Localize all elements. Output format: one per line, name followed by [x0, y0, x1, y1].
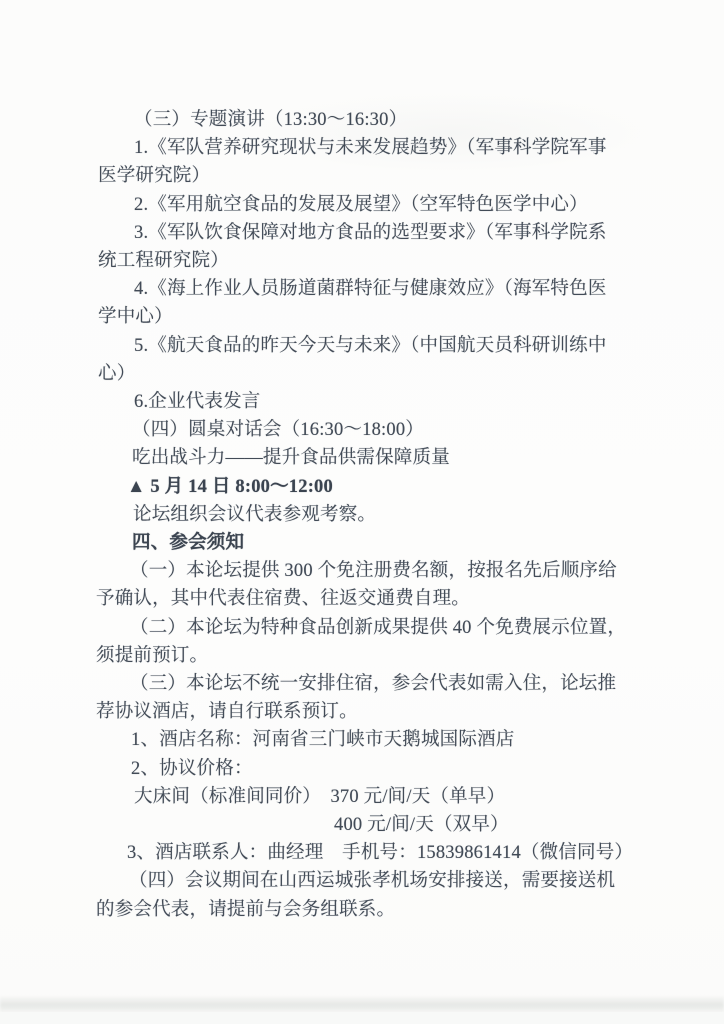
- text-line: 2、协议价格：: [131, 755, 662, 783]
- text-line: 须提前预订。: [96, 642, 662, 670]
- text-line: 予确认，其中代表住宿费、往返交通费自理。: [96, 585, 662, 613]
- text-line: 统工程研究院）: [98, 247, 662, 275]
- text-line: 学中心）: [98, 303, 662, 331]
- text-line: 400 元/间/天（双早）: [334, 811, 662, 839]
- text-line: 荐协议酒店，请自行联系预订。: [96, 698, 662, 726]
- document-body: （三）专题演讲（13:30～16:30）1.《军队营养研究现状与未来发展趋势》（…: [96, 106, 662, 924]
- document-page: （三）专题演讲（13:30～16:30）1.《军队营养研究现状与未来发展趋势》（…: [0, 0, 724, 1024]
- text-line: 3.《军队饮食保障对地方食品的选型要求》（军事科学院系: [134, 219, 662, 247]
- text-line: 6.企业代表发言: [134, 388, 662, 416]
- text-line: ▲ 5 月 14 日 8:00～12:00: [127, 473, 662, 501]
- text-line: （三）专题演讲（13:30～16:30）: [134, 106, 662, 134]
- text-line: （二）本论坛为特种食品创新成果提供 40 个免费展示位置，: [130, 614, 662, 642]
- text-line: （四）圆桌对话会（16:30～18:00）: [132, 416, 662, 444]
- text-line: 的参会代表，请提前与会务组联系。: [96, 896, 662, 924]
- text-line: （四）会议期间在山西运城张孝机场安排接送，需要接送机: [129, 867, 662, 895]
- text-line: 论坛组织会议代表参观考察。: [133, 501, 662, 529]
- page-bottom-strip: [0, 1012, 724, 1024]
- text-line: 医学研究院）: [98, 162, 662, 190]
- text-line: 4.《海上作业人员肠道菌群特征与健康效应》（海军特色医: [134, 275, 662, 303]
- text-line: 2.《军用航空食品的发展及展望》（空军特色医学中心）: [134, 191, 662, 219]
- text-line: （一）本论坛提供 300 个免注册费名额，按报名先后顺序给: [130, 557, 662, 585]
- text-line: （三）本论坛不统一安排住宿，参会代表如需入住，论坛推: [130, 670, 662, 698]
- text-line: 3、酒店联系人：曲经理 手机号：15839861414（微信同号）: [127, 839, 662, 867]
- page-bottom-edge-shadow: [0, 995, 724, 1013]
- text-line: 吃出战斗力——提升食品供需保障质量: [132, 444, 662, 472]
- text-line: 大床间（标准间同价） 370 元/间/天（单早）: [134, 783, 662, 811]
- text-line: 1、酒店名称：河南省三门峡市天鹅城国际酒店: [131, 726, 662, 754]
- text-line: 1.《军队营养研究现状与未来发展趋势》（军事科学院军事: [134, 134, 662, 162]
- text-line: 四、参会须知: [132, 529, 662, 557]
- text-line: 5.《航天食品的昨天今天与未来》（中国航天员科研训练中: [134, 332, 662, 360]
- text-line: 心）: [98, 360, 662, 388]
